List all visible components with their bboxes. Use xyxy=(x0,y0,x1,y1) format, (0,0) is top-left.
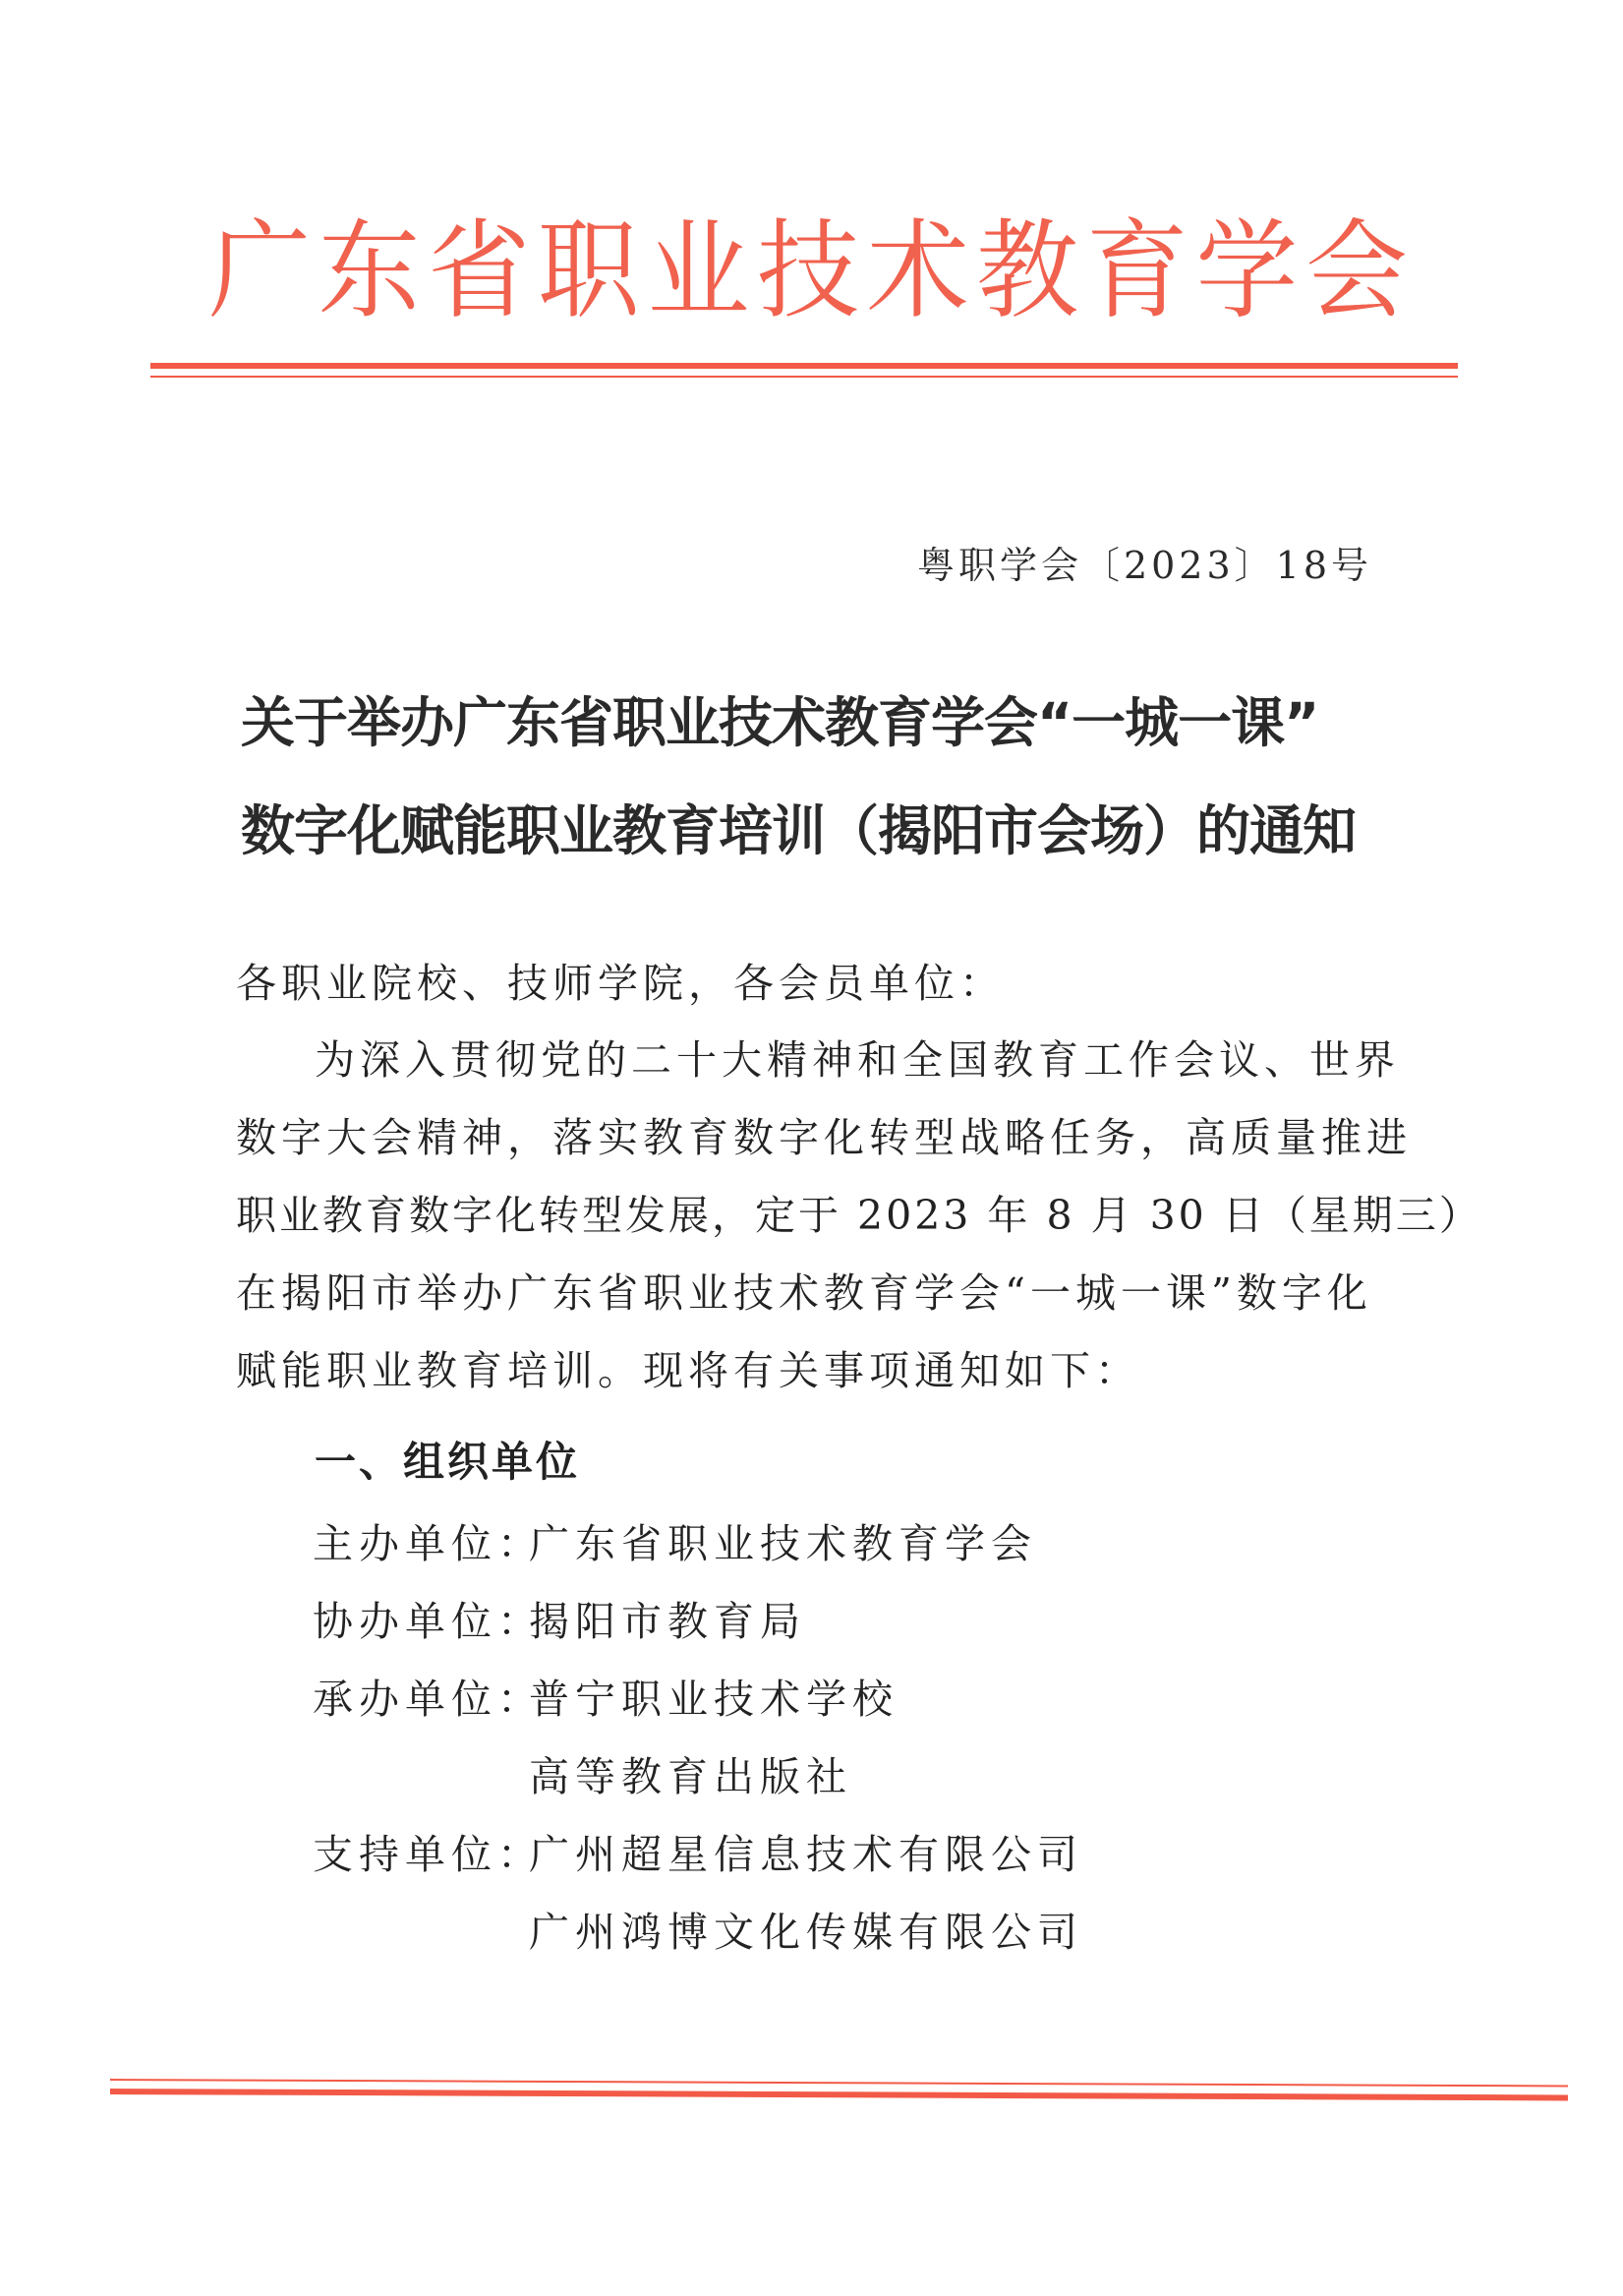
document-number: 粤职学会〔2023〕18号 xyxy=(917,541,1372,590)
paragraph-line: 数字大会精神，落实教育数字化转型战略任务，高质量推进 xyxy=(236,1113,1412,1162)
organizer-row-supporter: 支持单位：广州超星信息技术有限公司 xyxy=(313,1830,1083,1879)
paragraph-line: 为深入贯彻党的二十大精神和全国教育工作会议、世界 xyxy=(315,1035,1400,1085)
letterhead-char: 职 xyxy=(538,204,640,338)
letterhead-char: 业 xyxy=(647,204,749,338)
paragraph-line: 赋能职业教育培训。现将有关事项通知如下： xyxy=(236,1346,1140,1395)
organizer-label: 协办单位： xyxy=(313,1597,529,1646)
footer-divider-thin xyxy=(110,2079,1568,2087)
organizer-label: 主办单位： xyxy=(313,1519,529,1568)
footer-divider-thick xyxy=(110,2089,1568,2100)
organizer-label: 支持单位： xyxy=(313,1830,529,1879)
organizer-value: 揭阳市教育局 xyxy=(529,1597,806,1646)
document-title-line-1: 关于举办广东省职业技术教育学会“一城一课” xyxy=(241,688,1391,757)
organizer-value: 广州超星信息技术有限公司 xyxy=(529,1830,1083,1879)
organizer-value: 广东省职业技术教育学会 xyxy=(529,1519,1037,1568)
organizer-value-continued: 高等教育出版社 xyxy=(529,1752,852,1801)
letterhead-char: 省 xyxy=(428,204,530,338)
paragraph-line: 在揭阳市举办广东省职业技术教育学会“一城一课”数字化 xyxy=(236,1268,1372,1318)
letterhead-char: 技 xyxy=(757,204,859,338)
letterhead-organization-name: 广 东 省 职 业 技 术 教 育 学 会 xyxy=(208,206,1408,334)
organizer-row-undertaker: 承办单位：普宁职业技术学校 xyxy=(313,1675,898,1724)
letterhead-divider-thick xyxy=(150,363,1458,369)
organizer-label: 承办单位： xyxy=(313,1675,529,1724)
organizer-value-continued: 广州鸿博文化传媒有限公司 xyxy=(529,1908,1083,1957)
letterhead-char: 术 xyxy=(867,204,969,338)
organizer-row-host: 主办单位：广东省职业技术教育学会 xyxy=(313,1519,1037,1568)
letterhead-char: 学 xyxy=(1195,204,1298,338)
section-heading-organizers: 一、组织单位 xyxy=(315,1438,580,1487)
letterhead-char: 育 xyxy=(1086,204,1188,338)
organizer-value: 普宁职业技术学校 xyxy=(529,1675,898,1724)
document-title-line-2: 数字化赋能职业教育培训（揭阳市会场）的通知 xyxy=(241,796,1391,865)
letterhead-char: 会 xyxy=(1305,204,1408,338)
letterhead-char: 教 xyxy=(976,204,1078,338)
salutation: 各职业院校、技师学院，各会员单位： xyxy=(236,959,1005,1008)
letterhead-char: 东 xyxy=(319,204,421,338)
letterhead-divider-thin xyxy=(150,376,1458,378)
letterhead-char: 广 xyxy=(208,204,311,338)
paragraph-line: 职业教育数字化转型发展，定于 2023 年 8 月 30 日（星期三） xyxy=(236,1191,1482,1240)
organizer-row-co-organizer: 协办单位：揭阳市教育局 xyxy=(313,1597,806,1646)
